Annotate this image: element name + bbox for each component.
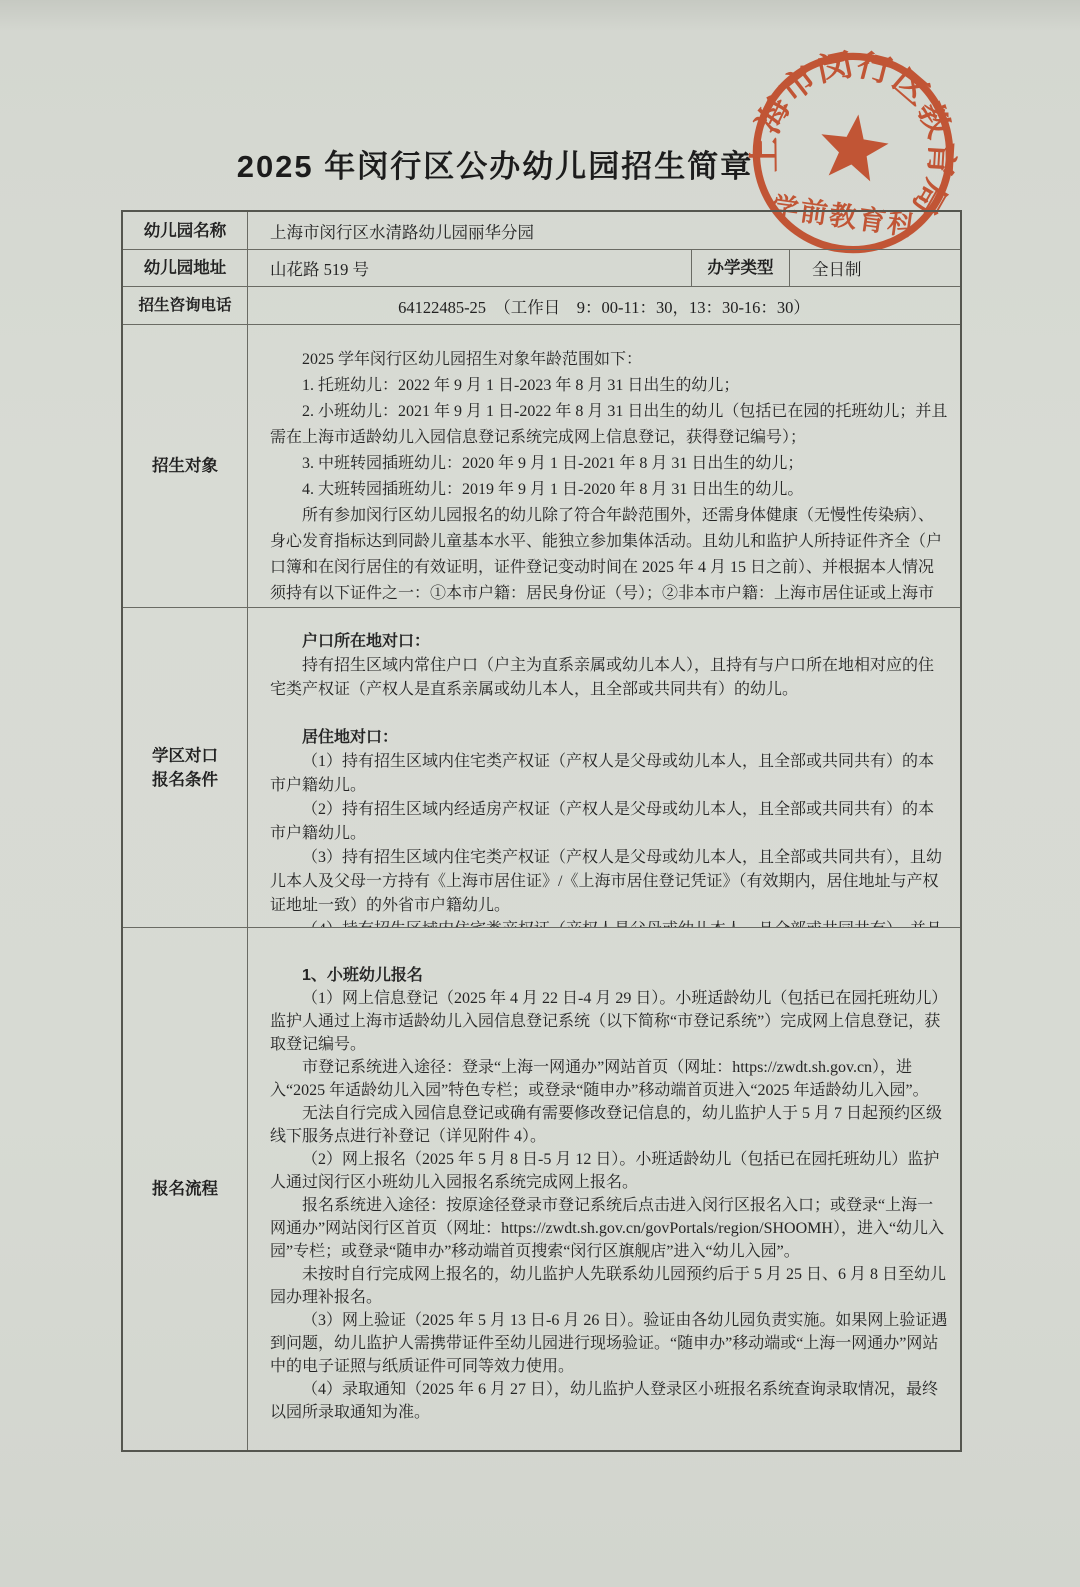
row-label: 报名流程 <box>123 928 247 1450</box>
scanned-document-page: 2025 年闵行区公办幼儿园招生简章 上海市闵行区教育局 学前教育科 幼儿园名称… <box>0 0 1080 1587</box>
paragraph: （1）持有招生区域内住宅类产权证（产权人是父母或幼儿本人，且全部或共同共有）的本… <box>270 750 948 798</box>
kindergarten-name-value: 上海市闵行区水清路幼儿园丽华分园 <box>247 212 960 249</box>
enrollment-info-table: 幼儿园名称 上海市闵行区水清路幼儿园丽华分园 幼儿园地址 山花路 519 号 办… <box>121 210 962 1452</box>
paragraph: （3）持有招生区域内住宅类产权证（产权人是父母或幼儿本人，且全部或共同共有），且… <box>270 846 948 918</box>
row-label: 办学类型 <box>691 250 789 286</box>
table-row-district-conditions: 学区对口 报名条件 户口所在地对口： 持有招生区域内常住户口（户主为直系亲属或幼… <box>123 607 960 927</box>
consult-phone-value: 64122485-25 （工作日 9：00-11：30，13：30-16：30） <box>247 287 960 324</box>
section-body: 持有招生区域内常住户口（户主为直系亲属或幼儿本人），且持有与户口所在地相对应的住… <box>270 654 948 702</box>
row-label: 招生咨询电话 <box>123 287 247 324</box>
enrollment-target-content: 2025 学年闵行区幼儿园招生对象年龄范围如下：1. 托班幼儿：2022 年 9… <box>247 325 960 607</box>
row-label: 招生对象 <box>123 325 247 607</box>
section-heading: 1、小班幼儿报名 <box>270 964 948 987</box>
row-label: 幼儿园名称 <box>123 212 247 249</box>
paragraph: （3）网上验证（2025 年 5 月 13 日-6 月 26 日）。验证由各幼儿… <box>270 1309 948 1378</box>
section-body: （1）持有招生区域内住宅类产权证（产权人是父母或幼儿本人，且全部或共同共有）的本… <box>270 750 948 927</box>
table-row-address: 幼儿园地址 山花路 519 号 办学类型 全日制 <box>123 249 960 286</box>
school-type-value: 全日制 <box>789 250 960 286</box>
paragraph: 1. 托班幼儿：2022 年 9 月 1 日-2023 年 8 月 31 日出生… <box>270 373 948 399</box>
table-row-phone: 招生咨询电话 64122485-25 （工作日 9：00-11：30，13：30… <box>123 286 960 324</box>
paragraph: 持有招生区域内常住户口（户主为直系亲属或幼儿本人），且持有与户口所在地相对应的住… <box>270 654 948 702</box>
row-label: 学区对口 报名条件 <box>123 608 247 927</box>
table-row-enrollment-target: 招生对象 2025 学年闵行区幼儿园招生对象年龄范围如下：1. 托班幼儿：202… <box>123 324 960 607</box>
row-label-line: 报名条件 <box>152 768 218 792</box>
application-process-content: 1、小班幼儿报名 （1）网上信息登记（2025 年 4 月 22 日-4 月 2… <box>247 928 960 1450</box>
paragraph: （4）录取通知（2025 年 6 月 27 日），幼儿监护人登录区小班报名系统查… <box>270 1378 948 1424</box>
section-body: （1）网上信息登记（2025 年 4 月 22 日-4 月 29 日）。小班适龄… <box>270 987 948 1424</box>
paragraph: （2）持有招生区域内经适房产权证（产权人是父母或幼儿本人，且全部或共同共有）的本… <box>270 798 948 846</box>
paragraph: 4. 大班转园插班幼儿：2019 年 9 月 1 日-2020 年 8 月 31… <box>270 477 948 503</box>
row-label-line: 学区对口 <box>152 744 218 768</box>
section-heading: 居住地对口： <box>270 726 948 750</box>
paragraph: 未按时自行完成网上报名的，幼儿监护人先联系幼儿园预约后于 5 月 25 日、6 … <box>270 1263 948 1309</box>
paragraph: （4）持有招生区域内住宅类产权证（产权人是父母或幼儿本人，且全部或共同共有），并… <box>270 918 948 927</box>
paragraph: 无法自行完成入园信息登记或确有需要修改登记信息的，幼儿监护人于 5 月 7 日起… <box>270 1102 948 1148</box>
paragraph: 报名系统进入途径：按原途径登录市登记系统后点击进入闵行区报名入口；或登录“上海一… <box>270 1194 948 1263</box>
paragraph: 2025 学年闵行区幼儿园招生对象年龄范围如下： <box>270 347 948 373</box>
paragraph: （1）网上信息登记（2025 年 4 月 22 日-4 月 29 日）。小班适龄… <box>270 987 948 1056</box>
paragraph: （2）网上报名（2025 年 5 月 8 日-5 月 12 日）。小班适龄幼儿（… <box>270 1148 948 1194</box>
paragraph: 2. 小班幼儿：2021 年 9 月 1 日-2022 年 8 月 31 日出生… <box>270 399 948 451</box>
row-label: 幼儿园地址 <box>123 250 247 286</box>
paragraph: 市登记系统进入途径：登录“上海一网通办”网站首页（网址：https://zwdt… <box>270 1056 948 1102</box>
table-row-kindergarten-name: 幼儿园名称 上海市闵行区水清路幼儿园丽华分园 <box>123 212 960 249</box>
district-conditions-content: 户口所在地对口： 持有招生区域内常住户口（户主为直系亲属或幼儿本人），且持有与户… <box>247 608 960 927</box>
paragraph: 3. 中班转园插班幼儿：2020 年 9 月 1 日-2021 年 8 月 31… <box>270 451 948 477</box>
paragraph: 所有参加闵行区幼儿园报名的幼儿除了符合年龄范围外，还需身体健康（无慢性传染病）、… <box>270 503 948 607</box>
section-heading: 户口所在地对口： <box>270 630 948 654</box>
kindergarten-address-value: 山花路 519 号 <box>247 250 691 286</box>
table-row-application-process: 报名流程 1、小班幼儿报名 （1）网上信息登记（2025 年 4 月 22 日-… <box>123 927 960 1450</box>
star-icon <box>816 110 892 183</box>
